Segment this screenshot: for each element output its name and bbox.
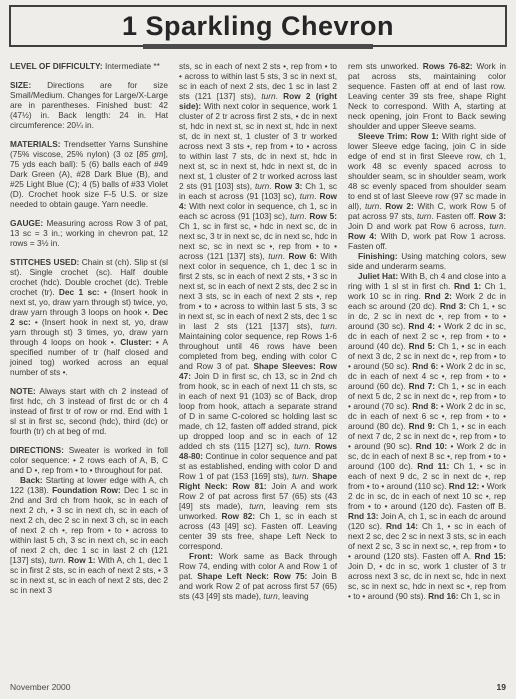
paragraph: NOTE: Always start with ch 2 instead of … bbox=[10, 386, 168, 436]
paragraph: GAUGE: Measuring across Row 3 of pat, 13… bbox=[10, 218, 168, 248]
column-left: LEVEL OF DIFFICULTY: Intermediate **SIZE… bbox=[10, 61, 168, 673]
paragraph: sts, sc in each of next 2 sts •, rep fro… bbox=[179, 61, 337, 551]
footer-date: November 2000 bbox=[10, 682, 70, 692]
title-underline bbox=[143, 44, 373, 49]
paragraph: Sleeve Trim: Row 1: With right side of l… bbox=[348, 131, 506, 251]
paragraph: Front: Work same as Back through Row 74,… bbox=[179, 551, 337, 601]
paragraph: SIZE: Directions are for size Small/Medi… bbox=[10, 80, 168, 130]
paragraph: Back: Starting at lower edge with A, ch … bbox=[10, 475, 168, 595]
title-banner: 1 Sparkling Chevron bbox=[9, 5, 507, 47]
column-right: rem sts unworked. Rows 76-82: Work in pa… bbox=[348, 61, 506, 673]
paragraph: DIRECTIONS: Sweater is worked in foll co… bbox=[10, 445, 168, 475]
paragraph: Juliet Hat: With B, ch 4 and close into … bbox=[348, 271, 506, 601]
page-footer: November 2000 19 bbox=[10, 682, 506, 692]
content-columns: LEVEL OF DIFFICULTY: Intermediate **SIZE… bbox=[0, 47, 516, 673]
paragraph: Finishing: Using matching colors, sew si… bbox=[348, 251, 506, 271]
paragraph: STITCHES USED: Chain st (ch). Slip st (s… bbox=[10, 257, 168, 377]
paragraph: rem sts unworked. Rows 76-82: Work in pa… bbox=[348, 61, 506, 131]
page-number: 19 bbox=[497, 682, 506, 692]
paragraph: MATERIALS: Trendsetter Yarns Sunshine (7… bbox=[10, 139, 168, 209]
paragraph: LEVEL OF DIFFICULTY: Intermediate ** bbox=[10, 61, 168, 71]
magazine-page: 1 Sparkling Chevron LEVEL OF DIFFICULTY:… bbox=[0, 0, 516, 699]
column-center: sts, sc in each of next 2 sts •, rep fro… bbox=[179, 61, 337, 673]
page-title: 1 Sparkling Chevron bbox=[122, 11, 394, 42]
